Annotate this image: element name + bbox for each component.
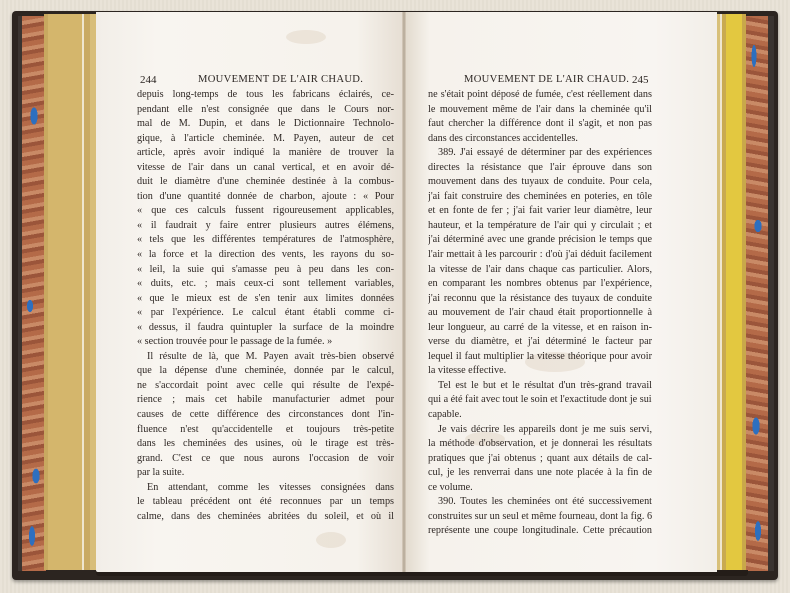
text-line: j'ai déterminé avec une grande précision… bbox=[428, 233, 652, 248]
text-line: la vitesse de l'air dans chaque cas part… bbox=[428, 263, 652, 278]
text-line: « leil, la suie qui s'amasse peu à peu d… bbox=[137, 263, 394, 278]
text-line: ne s'était point déposé de fumée, c'est … bbox=[428, 88, 652, 103]
text-line: « par l'expérience. Le calcul étant étab… bbox=[137, 306, 394, 321]
text-line: depuis long-temps de tous les fabricans … bbox=[137, 88, 394, 103]
marbled-cover-edge-left bbox=[18, 16, 46, 571]
text-line: pratiques que j'ai obtenus ; quant aux d… bbox=[428, 452, 652, 467]
text-line: j'ai reconnu que la résistance des tuyau… bbox=[428, 292, 652, 307]
text-line: directes la résistance que l'air éprouve… bbox=[428, 161, 652, 176]
gilt-page-edges-right bbox=[716, 14, 746, 570]
text-line: gique, à l'article cheminée. M. Payen, a… bbox=[137, 132, 394, 147]
right-page-body-text: ne s'était point déposé de fumée, c'est … bbox=[428, 88, 652, 539]
text-line: hauteur, et la température de l'air qui … bbox=[428, 219, 652, 234]
text-line: l'air mettait à les parcourir : d'où j'a… bbox=[428, 248, 652, 263]
marbled-cover-edge-right bbox=[746, 16, 774, 571]
text-line: le mouvement même de l'air dans la chemi… bbox=[428, 103, 652, 118]
text-line: « la force et la direction des vents, le… bbox=[137, 248, 394, 263]
text-line: construites sur un seul et même fourneau… bbox=[428, 510, 652, 525]
text-line: mouvement dans des tuyaux de conduite. P… bbox=[428, 175, 652, 190]
text-line: dans des circonstances accidentelles. bbox=[428, 132, 652, 147]
text-line: la vitesse effective. bbox=[428, 364, 652, 379]
text-line: Il résulte de là, que M. Payen avait trè… bbox=[137, 350, 394, 365]
text-line: Je vais décrire les appareils dont je me… bbox=[428, 423, 652, 438]
text-line: « que ces calculs fussent rigoureusement… bbox=[137, 204, 394, 219]
book-gutter bbox=[402, 12, 406, 572]
text-line: pendant elle n'est consignée que dans le… bbox=[137, 103, 394, 118]
text-line: la méthode d'observation, et je donnerai… bbox=[428, 437, 652, 452]
text-line: causes de cette différence des circonsta… bbox=[137, 408, 394, 423]
text-line: En attendant, comme les vitesses consign… bbox=[137, 481, 394, 496]
text-line: cul, je les renverrai dans une note plac… bbox=[428, 466, 652, 481]
page-number-right: 245 bbox=[632, 74, 649, 86]
text-line: « section trouvée pour le passage de la … bbox=[137, 335, 394, 350]
text-line: mal de M. Dupin, et dans le Dictionnaire… bbox=[137, 117, 394, 132]
text-line: verse du diamètre, et j'ai déterminé le … bbox=[428, 335, 652, 350]
text-line: rience ; mais cet habile manufacturier a… bbox=[137, 393, 394, 408]
text-line: ce volume. bbox=[428, 481, 652, 496]
text-line: par la suite. bbox=[137, 466, 394, 481]
running-head-left: MOUVEMENT DE L'AIR CHAUD. bbox=[198, 74, 363, 85]
text-line: calme, dans des cheminées abritées du so… bbox=[137, 510, 394, 525]
text-line: « que le mieux est de s'en tenir aux lim… bbox=[137, 292, 394, 307]
text-line: 390. Toutes les cheminées ont été succes… bbox=[428, 495, 652, 510]
text-line: duit le diamètre d'une cheminée destinée… bbox=[137, 175, 394, 190]
left-page-body-text: depuis long-temps de tous les fabricans … bbox=[137, 88, 394, 524]
text-line: qui a été fait avec tout le soin et l'ex… bbox=[428, 393, 652, 408]
text-line: Tel est le but et le résultat d'un très-… bbox=[428, 379, 652, 394]
text-line: dans les cheminées des usines, où le tir… bbox=[137, 437, 394, 452]
text-line: 389. J'ai essayé de déterminer par des e… bbox=[428, 146, 652, 161]
text-line: lequel il faut multiplier la vitesse thé… bbox=[428, 350, 652, 365]
page-number-left: 244 bbox=[140, 74, 157, 86]
text-line: en comparant les nombres obtenus par l'e… bbox=[428, 277, 652, 292]
text-line: vitesse de l'air dans un canal vertical,… bbox=[137, 161, 394, 176]
text-line: ne s'accordait point avec celle qui résu… bbox=[137, 379, 394, 394]
text-line: article, après avoir indiqué la manière … bbox=[137, 146, 394, 161]
text-line: au mouvement de l'air chaud était propor… bbox=[428, 306, 652, 321]
text-line: grand. C'est ce que nous aurons l'occasi… bbox=[137, 452, 394, 467]
text-line: j'ai fait construire des cheminées en po… bbox=[428, 190, 652, 205]
text-line: faut chercher la différence dont il s'ag… bbox=[428, 117, 652, 132]
text-line: représente une coupe longitudinale. Cett… bbox=[428, 524, 652, 539]
text-line: tion d'une quantité donnée de charbon, a… bbox=[137, 190, 394, 205]
text-line: le tableau précédent ont été reconnues p… bbox=[137, 495, 394, 510]
foxing-spot bbox=[286, 30, 326, 44]
text-line: « tels que les différentes températures … bbox=[137, 233, 394, 248]
text-line: « il faudrait y faire entrer plusieurs a… bbox=[137, 219, 394, 234]
foxing-spot bbox=[316, 532, 346, 548]
text-line: « dessus, il faudra quintupler la surfac… bbox=[137, 321, 394, 336]
text-line: et en fonte de fer ; j'ai fait varier le… bbox=[428, 204, 652, 219]
text-line: que la dépense d'une cheminée, donnée pa… bbox=[137, 364, 394, 379]
text-line: leur longueur, au carré de la vitesse, e… bbox=[428, 321, 652, 336]
gilt-page-edges-left bbox=[44, 14, 96, 570]
text-line: « duits, etc. ; mais ceux-ci sont tellem… bbox=[137, 277, 394, 292]
text-line: capable. bbox=[428, 408, 652, 423]
running-head-right: MOUVEMENT DE L'AIR CHAUD. bbox=[464, 74, 629, 85]
text-line: fluence n'est qu'accidentelle et toujour… bbox=[137, 423, 394, 438]
